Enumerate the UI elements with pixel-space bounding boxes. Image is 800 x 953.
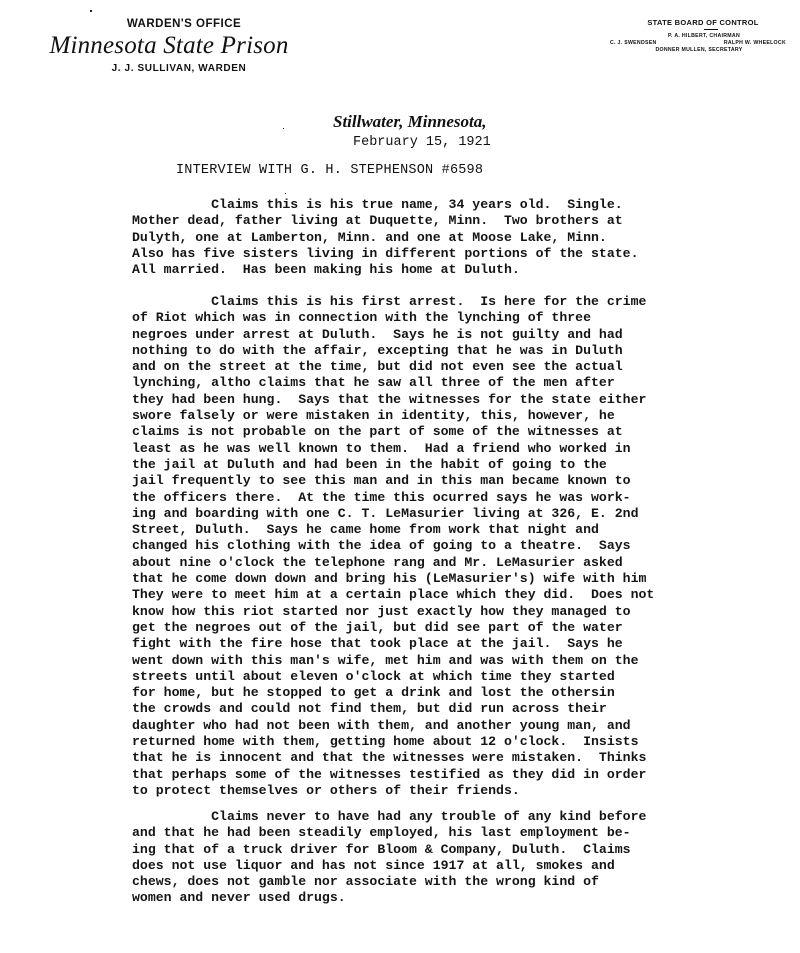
text-line: ing and boarding with one C. T. LeMasuri… [132,506,800,522]
text-line: the officers there. At the time this ocu… [132,490,800,506]
board-member: C. J. SWENDSEN [610,40,657,46]
text-line: the crowds and could not find them, but … [132,701,800,717]
paper-speck [283,128,284,129]
text-line: Claims this is his true name, 34 years o… [132,197,800,213]
text-line: fight with the fire hose that took place… [132,636,800,652]
text-line: the jail at Duluth and had been in the h… [132,457,800,473]
place-line: Stillwater, Minnesota, [333,112,487,132]
text-line: swore falsely or were mistaken in identi… [132,408,800,424]
board-secretary: DONNER MULLEN, SECRETARY [610,47,788,53]
text-line: Street, Duluth. Says he came home from w… [132,522,800,538]
text-line: chews, does not gamble nor associate wit… [132,874,800,890]
warden-name: J. J. SULLIVAN, WARDEN [44,63,314,74]
text-line: Dulyth, one at Lamberton, Minn. and one … [132,230,800,246]
letterhead-right: STATE BOARD OF CONTROL P. A. HILBERT, CH… [608,18,788,53]
text-line: women and never used drugs. [132,890,800,906]
text-line: that he come down down and bring his (Le… [132,571,800,587]
text-line: know how this riot started nor just exac… [132,604,800,620]
document-title: INTERVIEW WITH G. H. STEPHENSON #6598 [176,163,483,178]
text-line: ing that of a truck driver for Bloom & C… [132,842,800,858]
board-title: STATE BOARD OF CONTROL [618,18,788,27]
paragraph-background: Claims never to have had any trouble of … [132,809,800,907]
text-line: least as he was well known to them. Had … [132,441,800,457]
paragraph-arrest-account: Claims this is his first arrest. Is here… [132,294,800,799]
board-chairman: P. A. HILBERT, CHAIRMAN [620,33,788,39]
text-line: to protect themselves or others of their… [132,783,800,799]
text-line: and that he had been steadily employed, … [132,825,800,841]
text-line: changed his clothing with the idea of go… [132,538,800,554]
text-line: nothing to do with the affair, excepting… [132,343,800,359]
letterhead-left: WARDEN'S OFFICE Minnesota State Prison J… [24,18,314,74]
text-line: Mother dead, father living at Duquette, … [132,213,800,229]
board-members: C. J. SWENDSEN RALPH W. WHEELOCK [608,40,788,46]
text-line: Claims this is his first arrest. Is here… [132,294,800,310]
paragraph-family: Claims this is his true name, 34 years o… [132,197,800,278]
board-member: RALPH W. WHEELOCK [724,40,786,46]
institution-name: Minnesota State Prison [24,32,314,59]
text-line: and on the street at the time, but did n… [132,359,800,375]
text-line: does not use liquor and has not since 19… [132,858,800,874]
text-line: that perhaps some of the witnesses testi… [132,767,800,783]
text-line: Claims never to have had any trouble of … [132,809,800,825]
text-line: about nine o'clock the telephone rang an… [132,555,800,571]
text-line: claims is not probable on the part of so… [132,424,800,440]
paper-speck [285,193,286,194]
text-line: they had been hung. Says that the witnes… [132,392,800,408]
text-line: daughter who had not been with them, and… [132,718,800,734]
text-line: of Riot which was in connection with the… [132,310,800,326]
text-line: negroes under arrest at Duluth. Says he … [132,327,800,343]
office-label: WARDEN'S OFFICE [54,18,314,30]
paper-speck [90,10,92,12]
text-line: returned home with them, getting home ab… [132,734,800,750]
text-line: All married. Has been making his home at… [132,262,800,278]
text-line: lynching, altho claims that he saw all t… [132,375,800,391]
text-line: get the negroes out of the jail, but did… [132,620,800,636]
text-line: that he is innocent and that the witness… [132,750,800,766]
text-line: Also has five sisters living in differen… [132,246,800,262]
text-line: jail frequently to see this man and in t… [132,473,800,489]
text-line: went down with this man's wife, met him … [132,653,800,669]
date-line: February 15, 1921 [353,135,491,150]
text-line: They were to meet him at a certain place… [132,587,800,603]
board-divider [704,29,718,30]
text-line: for home, but he stopped to get a drink … [132,685,800,701]
text-line: streets until about eleven o'clock at wh… [132,669,800,685]
